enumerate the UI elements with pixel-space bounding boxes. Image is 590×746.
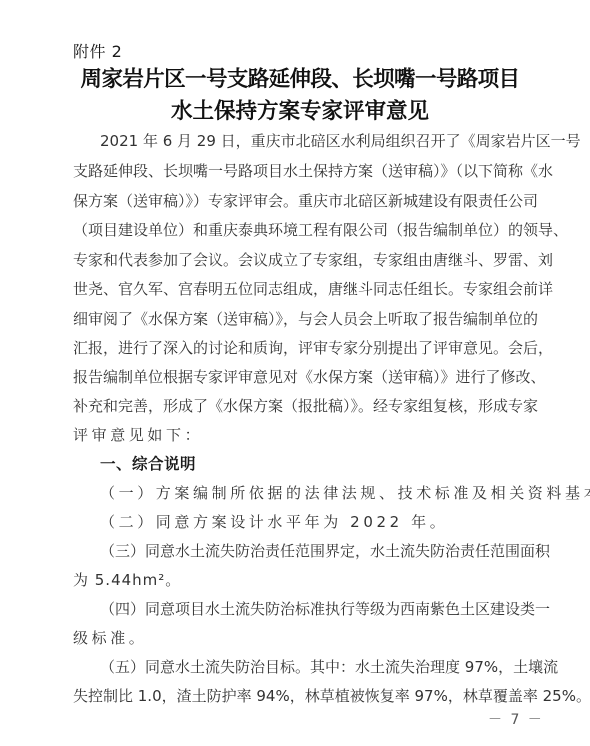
paragraph-line: 世尧、官久军、宫春明五位同志组成，唐继斗同志任组长。专家组会前详 [73,278,527,299]
list-item-1: （一）方案编制所依据的法律法规、技术标准及相关资料基本正确。 [100,482,527,503]
paragraph-line: 细审阅了《水保方案（送审稿）》，与会人员会上听取了报告编制单位的 [73,308,527,329]
list-item-4-cont: 级标准。 [73,627,527,648]
paragraph-line: （项目建设单位）和重庆泰典环境工程有限公司（报告编制单位）的领导、 [73,219,527,240]
list-item-3-cont: 为 5.44hm²。 [73,569,527,590]
paragraph-line: 保方案（送审稿）》）专家评审会。重庆市北碚区新城建设有限责任公司 [73,190,527,211]
page-number: － 7 － [488,709,544,729]
list-item-3: （三）同意水土流失防治责任范围界定，水土流失防治责任范围面积 [100,540,527,561]
paragraph-line: 报告编制单位根据专家评审意见对《水保方案（送审稿）》进行了修改、 [73,366,527,387]
list-item-5-cont: 失控制比 1.0，渣土防护率 94%，林草植被恢复率 97%，林草覆盖率 25%… [73,685,527,706]
paragraph-line: 评审意见如下： [73,424,527,445]
paragraph-line: 专家和代表参加了会议。会议成立了专家组，专家组由唐继斗、罗雷、刘 [73,249,527,270]
paragraph-line: 补充和完善，形成了《水保方案（报批稿）》。经专家组复核，形成专家 [73,395,527,416]
list-item-2: （二）同意方案设计水平年为 2022 年。 [100,511,527,532]
document-title-line-2: 水土保持方案专家评审意见 [60,94,540,125]
paragraph-line: 支路延伸段、长坝嘴一号路项目水土保持方案（送审稿）》（以下简称《水 [73,160,527,181]
document-page: 附件 2 周家岩片区一号支路延伸段、长坝嘴一号路项目 水土保持方案专家评审意见 … [0,0,590,746]
list-item-4: （四）同意项目水土流失防治标准执行等级为西南紫色土区建设类一 [100,598,527,619]
paragraph-line: 2021 年 6 月 29 日，重庆市北碚区水利局组织召开了《周家岩片区一号 [100,130,527,151]
list-item-5: （五）同意水土流失防治目标。其中：水土流失治理度 97%，土壤流 [100,656,527,677]
document-title-line-1: 周家岩片区一号支路延伸段、长坝嘴一号路项目 [60,62,540,93]
attachment-label: 附件 2 [73,39,122,62]
section-heading: 一、综合说明 [100,452,196,474]
paragraph-line: 汇报，进行了深入的讨论和质询，评审专家分别提出了评审意见。会后， [73,337,527,358]
